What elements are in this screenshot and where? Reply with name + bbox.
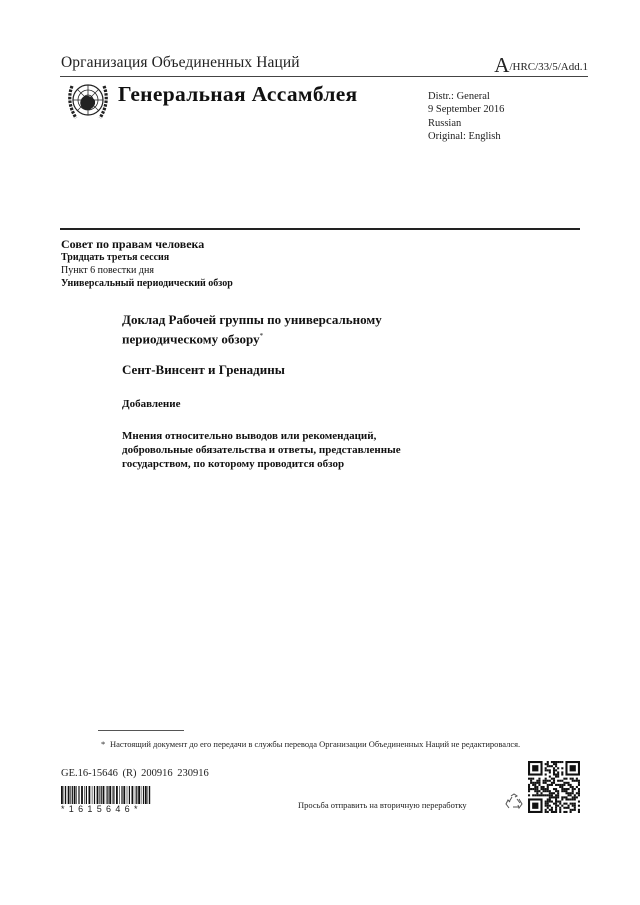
agenda-item: Пункт 6 повестки дня [61, 264, 233, 277]
document-symbol: A/HRC/33/5/Add.1 [494, 53, 588, 78]
document-number: GE.16-15646 (R) 200916 230916 [61, 768, 209, 779]
qr-code-icon [528, 761, 580, 813]
session: Тридцать третья сессия [61, 251, 233, 264]
header-rule [60, 76, 588, 77]
organization-name: Организация Объединенных Наций [61, 54, 300, 72]
addendum-label: Добавление [122, 398, 180, 410]
barcode-icon [61, 786, 151, 804]
recycle-text: Просьба отправить на вторичную переработ… [298, 800, 467, 810]
distr-original: Original: English [428, 130, 504, 143]
footnote-text: Настоящий документ до его передачи в слу… [110, 739, 520, 749]
report-title: Доклад Рабочей группы по универсальному … [122, 311, 382, 347]
distribution-block: Distr.: General 9 September 2016 Russian… [428, 90, 504, 143]
title-line-2: периодическому обзору [122, 331, 260, 346]
views-heading: Мнения относительно выводов или рекоменд… [122, 429, 401, 471]
masthead-rule [60, 228, 580, 230]
council-block: Совет по правам человека Тридцать третья… [61, 238, 233, 290]
body-name: Генеральная Ассамблея [118, 82, 357, 107]
title-line-1: Доклад Рабочей группы по универсальному [122, 311, 382, 328]
footnote-rule [98, 730, 184, 731]
council-name: Совет по правам человека [61, 238, 233, 251]
views-line-2: добровольные обязательства и ответы, пре… [122, 443, 401, 457]
country-name: Сент-Винсент и Гренадины [122, 362, 285, 378]
footnote: * Настоящий документ до его передачи в с… [110, 738, 530, 750]
distr-status: Distr.: General [428, 90, 504, 103]
recycle-icon [504, 793, 524, 811]
un-emblem-icon [64, 80, 112, 124]
views-line-3: государством, по которому проводится обз… [122, 457, 401, 471]
distr-date: 9 September 2016 [428, 103, 504, 116]
views-line-1: Мнения относительно выводов или рекоменд… [122, 429, 401, 443]
symbol-letter: A [494, 53, 509, 77]
symbol-code: /HRC/33/5/Add.1 [509, 61, 588, 73]
distr-language: Russian [428, 117, 504, 130]
footnote-marker: * [260, 332, 264, 340]
footnote-star: * [101, 738, 105, 750]
barcode-number: *1615646* [61, 804, 142, 814]
topic: Универсальный периодический обзор [61, 277, 233, 290]
